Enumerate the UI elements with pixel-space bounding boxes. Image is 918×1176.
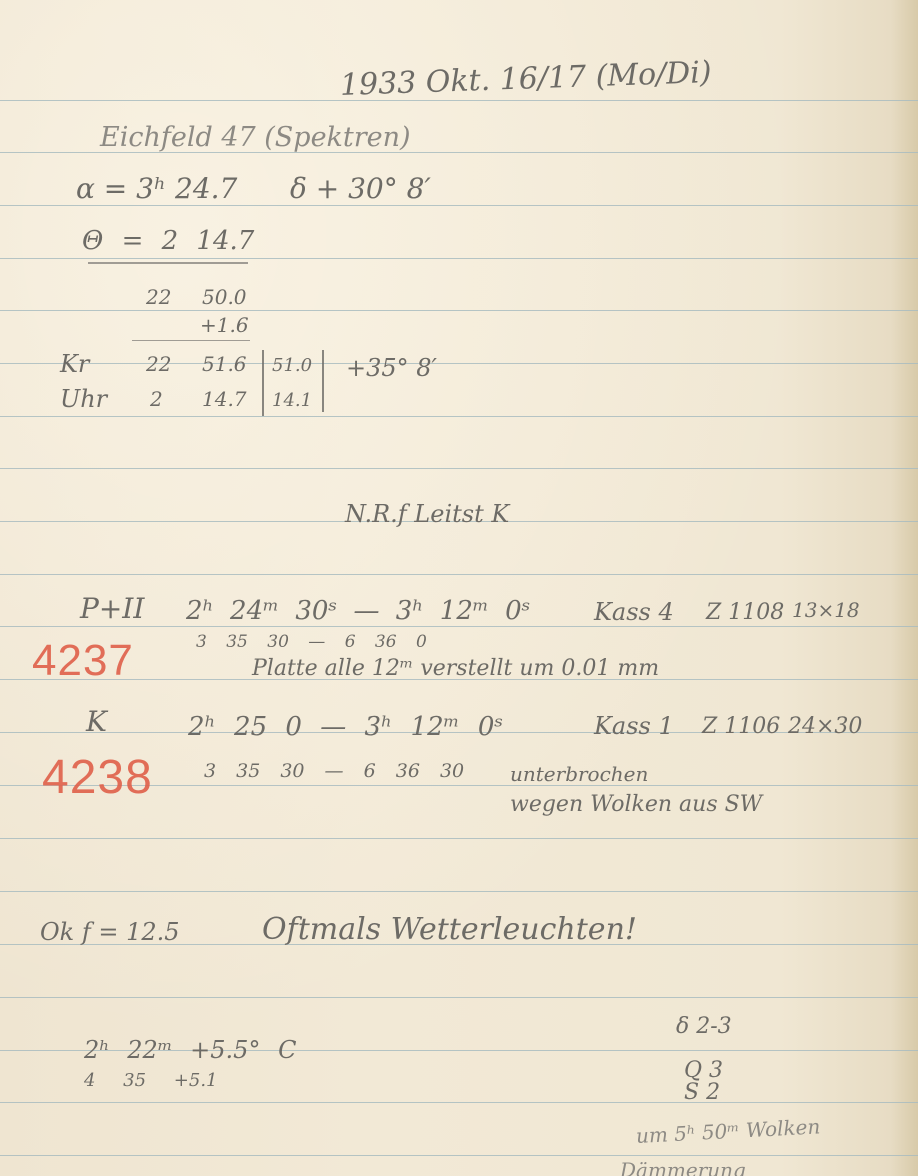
ruled-line (0, 363, 918, 364)
seeing-row-1: δ 2-3 (676, 1014, 732, 1039)
exposure-1-time-end: 3 35 30 — 6 36 0 (196, 632, 427, 652)
ruled-line (0, 258, 918, 259)
theta-line: Θ = 2 14.7 (82, 226, 254, 256)
focus-label: Ok f = 12.5 (40, 918, 180, 946)
right-col: +35° 8′ (346, 354, 437, 382)
weather-remark: Oftmals Wetterleuchten! (262, 912, 637, 947)
exposure-1-plate-number: 4237 (32, 636, 134, 686)
ruled-line (0, 416, 918, 417)
ruled-line (0, 838, 918, 839)
sum-row1-b: 50.0 (202, 285, 247, 309)
exposure-2-plate-number: 4238 (42, 750, 153, 805)
ruled-line (0, 1102, 918, 1103)
ruled-line (0, 574, 918, 575)
exposure-1-note: Platte alle 12ᵐ verstellt um 0.01 mm (252, 656, 659, 681)
exposure-1-plate-size: 13×18 (792, 598, 860, 622)
alpha-line: α = 3ʰ 24.7 (76, 172, 237, 205)
mid-col-2: 14.1 (272, 390, 312, 411)
sum-row2-b: +1.6 (200, 313, 249, 337)
exposure-2-plate-size: 24×30 (788, 714, 862, 739)
temperature-row-2: 4 35 +5.1 (84, 1070, 218, 1091)
exposure-2-plate-id: Z 1106 (702, 714, 780, 739)
ruled-line (0, 997, 918, 998)
exposure-2-note-line1: unterbrochen (510, 762, 648, 786)
header-date: 1933 Okt. 16/17 (Mo/Di) (339, 55, 712, 103)
sum-underline (132, 340, 250, 341)
mid-col-1: 51.0 (272, 355, 312, 376)
ruled-line (0, 891, 918, 892)
calibration-title: Eichfeld 47 (Spektren) (100, 122, 411, 153)
exposure-2-time-end: 3 35 30 — 6 36 30 (204, 760, 464, 782)
ruled-line (0, 100, 918, 101)
temperature-row-1: 2ʰ 22ᵐ +5.5° C (84, 1036, 296, 1064)
theta-underline (88, 262, 248, 264)
ruled-line (0, 626, 918, 627)
seeing-row-3: S 2 (684, 1080, 720, 1105)
exposure-1-cassette: Kass 4 (594, 598, 674, 626)
uhr-minutes: 14.7 (202, 387, 247, 411)
ruled-line (0, 205, 918, 206)
kr-minutes: 51.6 (202, 352, 247, 376)
exposure-1-time-start: 2ʰ 24ᵐ 30ˢ — 3ʰ 12ᵐ 0ˢ (186, 596, 530, 626)
exposure-2-cassette: Kass 1 (594, 712, 674, 740)
kr-label: Kr (60, 350, 89, 378)
delta-line: δ + 30° 8′ (290, 172, 431, 205)
ruled-line (0, 468, 918, 469)
exposure-1-plate-id: Z 1108 (706, 600, 784, 625)
exposure-2-time-start: 2ʰ 25 0 — 3ʰ 12ᵐ 0ˢ (188, 712, 503, 742)
kr-hours: 22 (146, 352, 171, 376)
sum-row1-a: 22 (146, 285, 171, 309)
exposure-1-instrument: P+II (80, 592, 144, 625)
ruled-line (0, 1155, 918, 1156)
uhr-label: Uhr (60, 385, 107, 413)
column-divider (262, 350, 264, 416)
dusk-note: Dämmerung (620, 1158, 746, 1176)
section-title: N.R.f Leitst K (345, 500, 509, 528)
exposure-2-instrument: K (86, 705, 107, 738)
column-divider (322, 350, 324, 412)
exposure-2-note-line2: wegen Wolken aus SW (510, 792, 762, 817)
ruled-line (0, 310, 918, 311)
clouds-note: um 5ʰ 50ᵐ Wolken (635, 1114, 820, 1148)
notebook-page: 1933 Okt. 16/17 (Mo/Di) Eichfeld 47 (Spe… (0, 0, 918, 1176)
uhr-hours: 2 (150, 387, 163, 411)
